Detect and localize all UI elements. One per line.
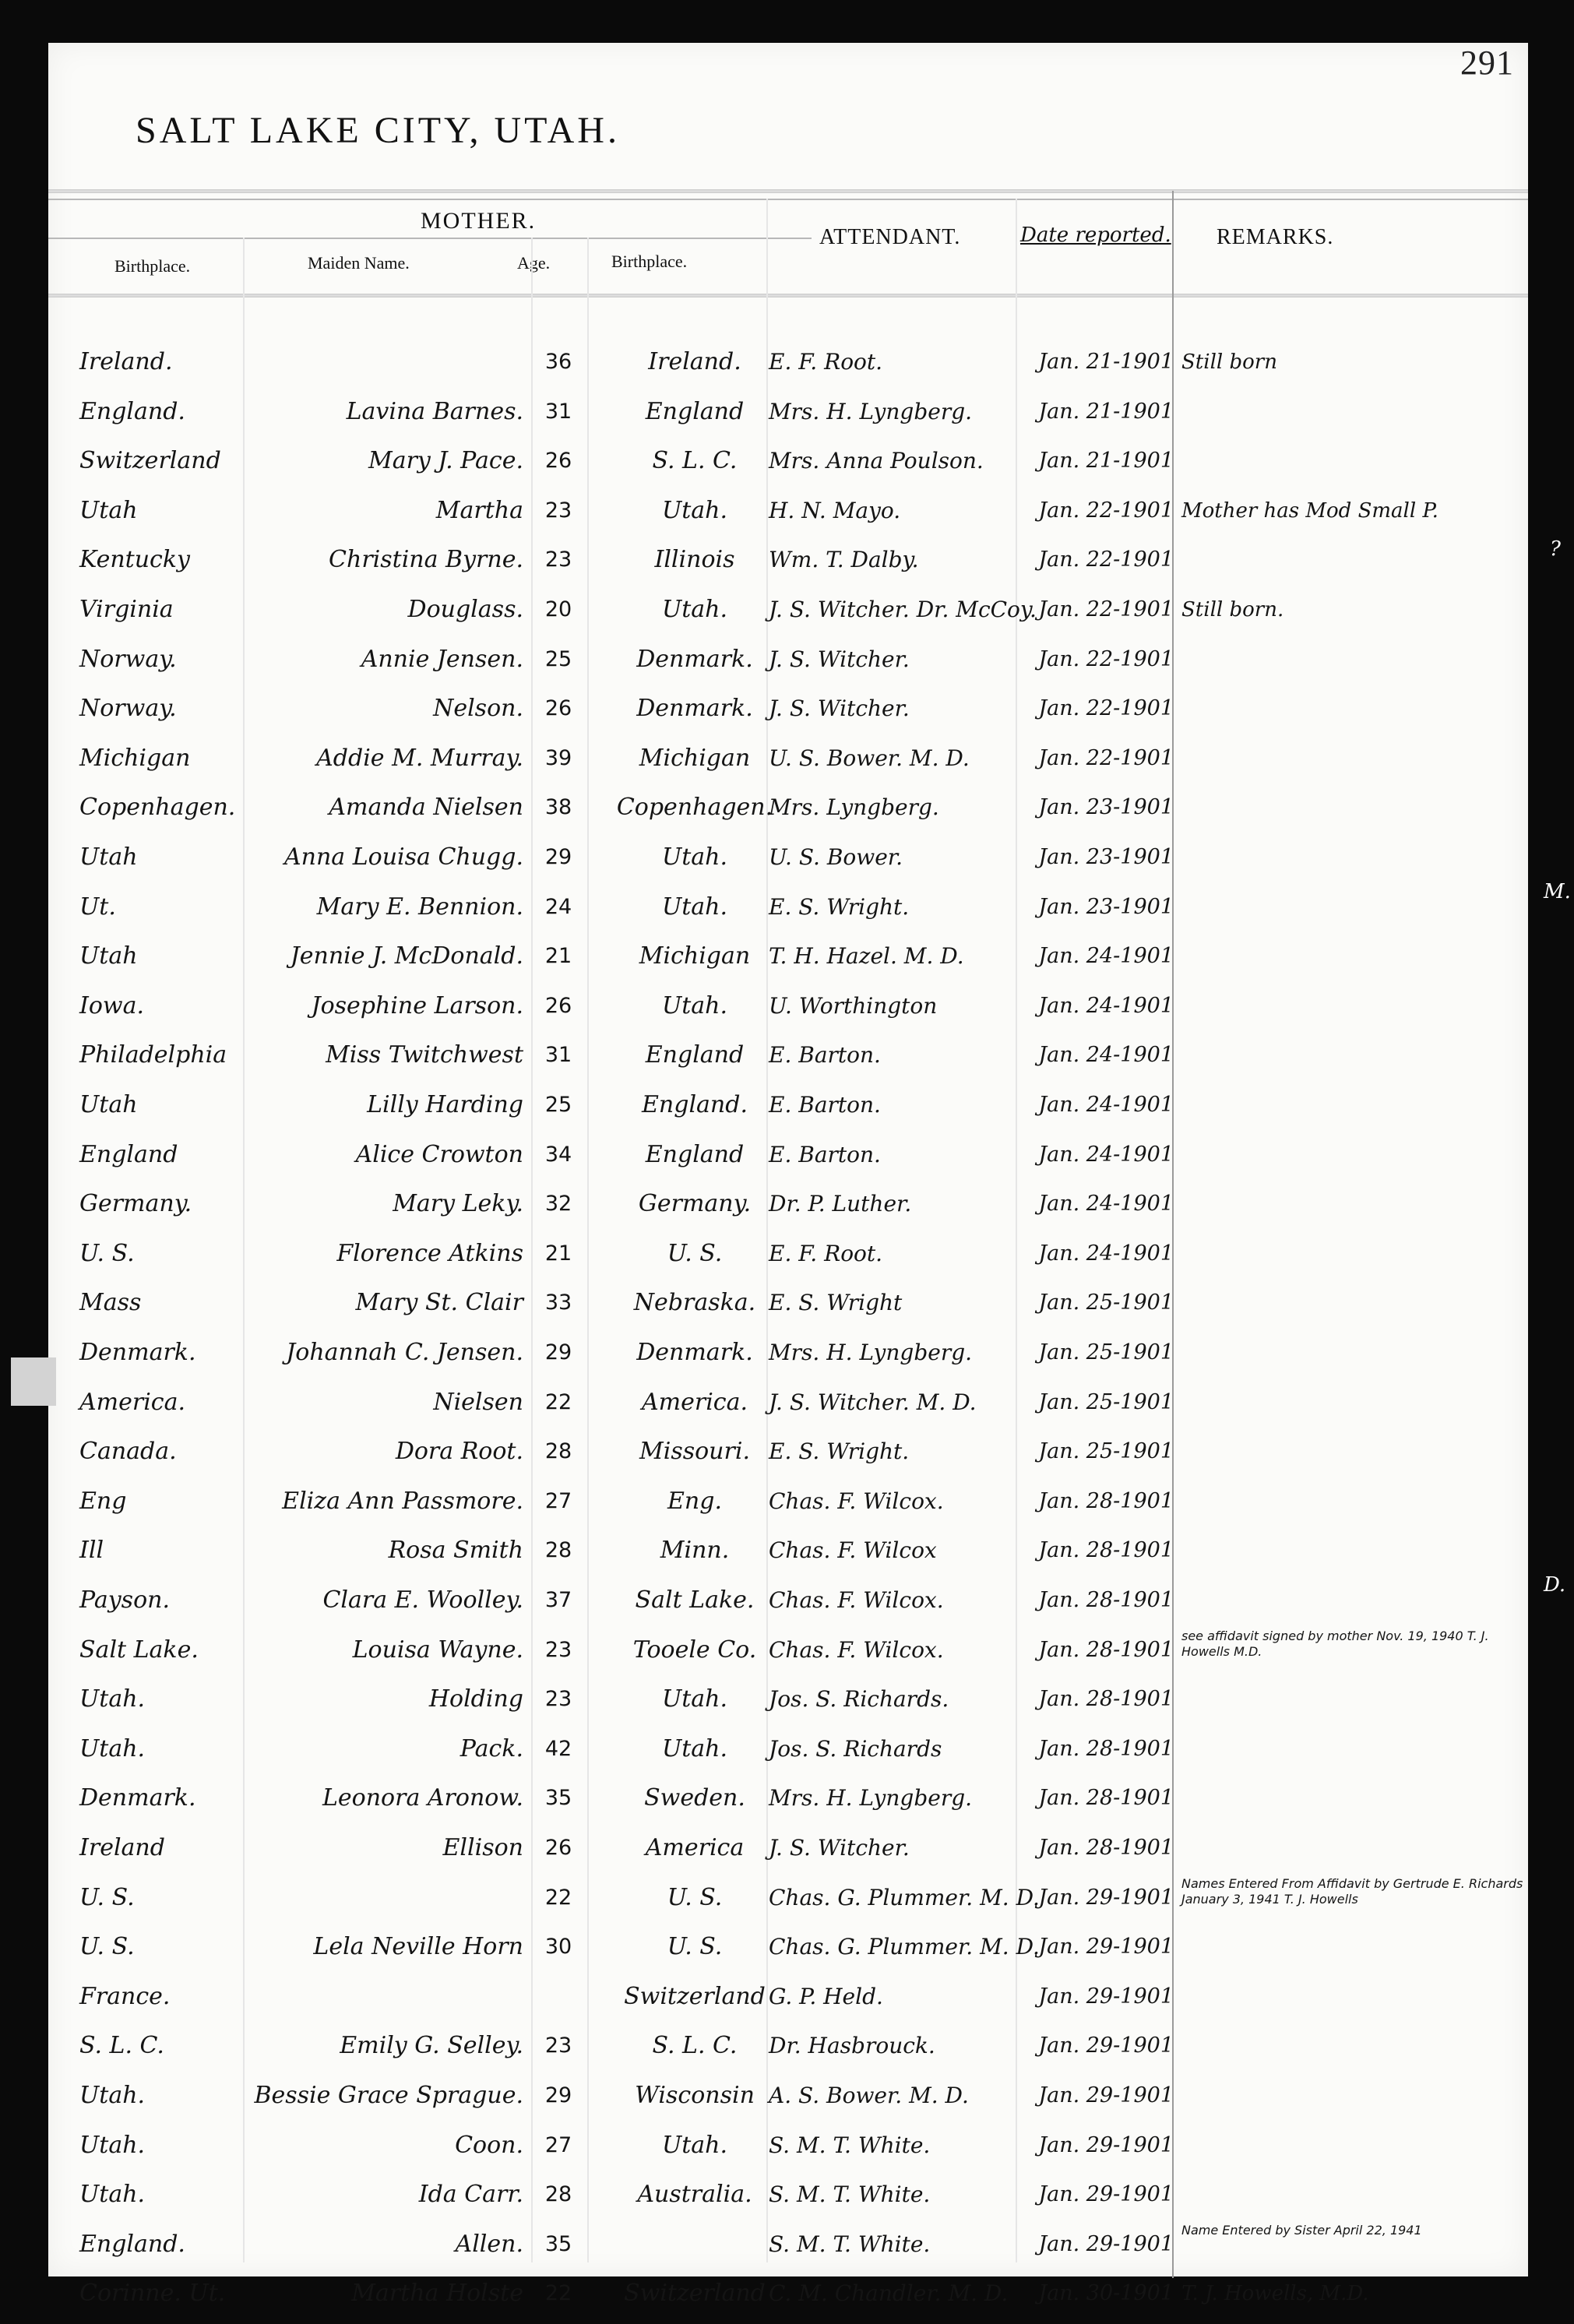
age-cell: 35 [531,1783,586,1814]
mother-group-underline [48,238,812,239]
age-cell: 25 [531,1090,586,1121]
edge-mark-m: M. [1544,880,1571,903]
mother-birthplace-cell: England [593,1139,796,1171]
age-cell: 20 [531,594,586,625]
table-row: Norway.Annie Jensen.25Denmark.J. S. Witc… [48,636,1528,685]
mother-birthplace-cell: Michigan [593,743,796,774]
birthplace-cell: U. S. [79,1931,235,1963]
mother-birthplace-cell: Denmark. [593,1337,796,1368]
maiden-name-cell: Martha [231,495,523,526]
age-cell: 24 [531,892,586,923]
maiden-name-cell: Mary St. Clair [231,1287,523,1319]
maiden-name-cell: Lela Neville Horn [231,1931,523,1963]
date-reported-cell: Jan. 28-1901 [1018,1783,1174,1814]
mother-birthplace-cell: U. S. [593,1882,796,1914]
maiden-name-cell: Coon. [231,2130,523,2161]
maiden-name-cell: Pack. [231,1734,523,1765]
mother-birthplace-cell: Ireland. [593,347,796,378]
table-row: Germany.Mary Leky.32Germany.Dr. P. Luthe… [48,1181,1528,1230]
table-row: Denmark.Johannah C. Jensen.29Denmark.Mrs… [48,1329,1528,1379]
birthplace-cell: England [79,1139,235,1171]
redaction-box [11,1357,56,1406]
remarks-cell: Still born [1181,347,1524,378]
date-reported-cell: Jan. 28-1901 [1018,1585,1174,1616]
table-row: U. S.Lela Neville Horn30U. S.Chas. G. Pl… [48,1924,1528,1973]
maiden-name-cell: Emily G. Selley. [231,2030,523,2062]
birthplace-cell: Copenhagen. [79,792,235,823]
table-row: SwitzerlandMary J. Pace.26S. L. C.Mrs. A… [48,438,1528,487]
maiden-name-cell: Mary E. Bennion. [231,892,523,923]
remarks-cell: see affidavit signed by mother Nov. 19, … [1181,1629,1524,1660]
maiden-name-cell: Martha Holste [231,2278,523,2309]
table-row: IllRosa Smith28Minn.Chas. F. WilcoxJan. … [48,1527,1528,1576]
birthplace-cell: Mass [79,1287,235,1319]
birthplace-cell: Virginia [79,594,235,625]
maiden-name-cell: Annie Jensen. [231,644,523,675]
date-reported-cell: Jan. 30-1901 [1018,2278,1174,2309]
mother-birthplace-cell: U. S. [593,1931,796,1963]
mother-birthplace-cell: Utah. [593,2130,796,2161]
mother-birthplace-cell: Australia. [593,2179,796,2210]
birthplace-cell: Canada. [79,1436,235,1467]
birthplace-cell: Utah. [79,2080,235,2111]
table-row: Utah.Holding23Utah.Jos. S. Richards.Jan.… [48,1676,1528,1725]
mother-birthplace-cell: Missouri. [593,1436,796,1467]
date-reported-cell: Jan. 24-1901 [1018,1040,1174,1071]
mother-birthplace-cell: Nebraska. [593,1287,796,1319]
mother-birthplace-cell: Utah. [593,991,796,1022]
header-remarks: REMARKS. [1217,225,1333,250]
edge-mark-d: D. [1544,1573,1565,1597]
mother-birthplace-cell: England [593,1040,796,1071]
header-birthplace: Birthplace. [114,256,190,276]
mother-birthplace-cell: Utah. [593,495,796,526]
mother-birthplace-cell: Germany. [593,1188,796,1220]
remarks-cell: Names Entered From Affidavit by Gertrude… [1181,1876,1524,1907]
mother-birthplace-cell: Denmark. [593,644,796,675]
maiden-name-cell: Louisa Wayne. [231,1635,523,1666]
maiden-name-cell: Anna Louisa Chugg. [231,842,523,873]
date-reported-cell: Jan. 29-1901 [1018,2130,1174,2161]
mother-birthplace-cell: Utah. [593,1684,796,1715]
age-cell: 28 [531,1436,586,1467]
table-row: Utah.Ida Carr.28Australia.S. M. T. White… [48,2171,1528,2220]
date-reported-cell: Jan. 29-1901 [1018,1882,1174,1914]
birthplace-cell: Utah [79,1090,235,1121]
date-reported-cell: Jan. 25-1901 [1018,1287,1174,1319]
date-reported-cell: Jan. 24-1901 [1018,1090,1174,1121]
header-top-rule [48,189,1528,193]
birthplace-cell: Ill [79,1535,235,1566]
header-attendant: ATTENDANT. [819,225,960,250]
date-reported-cell: Jan. 25-1901 [1018,1387,1174,1418]
birthplace-cell: Utah. [79,1684,235,1715]
date-reported-cell: Jan. 29-1901 [1018,1931,1174,1963]
remarks-cell: Name Entered by Sister April 22, 1941 [1181,2223,1524,2238]
maiden-name-cell: Rosa Smith [231,1535,523,1566]
birthplace-cell: England. [79,396,235,428]
birthplace-cell: Philadelphia [79,1040,235,1071]
birthplace-cell: Utah [79,495,235,526]
age-cell: 29 [531,2080,586,2111]
date-reported-cell: Jan. 28-1901 [1018,1535,1174,1566]
maiden-name-cell: Alice Crowton [231,1139,523,1171]
birthplace-cell: Utah [79,842,235,873]
birthplace-cell: Salt Lake. [79,1635,235,1666]
table-row: Iowa.Josephine Larson.26Utah.U. Worthing… [48,983,1528,1032]
date-reported-cell: Jan. 29-1901 [1018,2229,1174,2260]
age-cell: 23 [531,544,586,576]
maiden-name-cell: Allen. [231,2229,523,2260]
table-row: U. S.Florence Atkins21U. S.E. F. Root.Ja… [48,1231,1528,1280]
maiden-name-cell: Clara E. Woolley. [231,1585,523,1616]
maiden-name-cell: Bessie Grace Sprague. [231,2080,523,2111]
maiden-name-cell: Josephine Larson. [231,991,523,1022]
birthplace-cell: Corinne. Ut. [79,2278,235,2309]
age-cell: 22 [531,1387,586,1418]
table-row: UtahMartha23Utah.H. N. Mayo.Jan. 22-1901… [48,488,1528,537]
date-reported-cell: Jan. 24-1901 [1018,1188,1174,1220]
age-cell: 29 [531,842,586,873]
date-reported-cell: Jan. 23-1901 [1018,892,1174,923]
date-reported-cell: Jan. 25-1901 [1018,1337,1174,1368]
age-cell: 23 [531,2030,586,2062]
table-row: France.SwitzerlandG. P. Held.Jan. 29-190… [48,1974,1528,2023]
maiden-name-cell: Amanda Nielsen [231,792,523,823]
mother-birthplace-cell: Illinois [593,544,796,576]
mother-birthplace-cell: Utah. [593,594,796,625]
age-cell: 26 [531,1833,586,1864]
header-top-rule-2 [48,199,1528,200]
maiden-name-cell: Ida Carr. [231,2179,523,2210]
age-cell: 23 [531,1684,586,1715]
header-mother-birthplace: Birthplace. [611,252,687,272]
age-cell: 31 [531,396,586,428]
table-row: Ireland.36Ireland.E. F. Root.Jan. 21-190… [48,339,1528,388]
edge-mark-q: ? [1550,537,1561,561]
maiden-name-cell: Ellison [231,1833,523,1864]
maiden-name-cell: Dora Root. [231,1436,523,1467]
birthplace-cell: Ut. [79,892,235,923]
date-reported-cell: Jan. 22-1901 [1018,594,1174,625]
age-cell: 28 [531,1535,586,1566]
birthplace-cell: Utah. [79,2130,235,2161]
table-row: Canada.Dora Root.28Missouri.E. S. Wright… [48,1428,1528,1477]
table-row: Corinne. Ut.Martha Holste22SwitzerlandC.… [48,2270,1528,2319]
page-title: SALT LAKE CITY, UTAH. [136,109,620,152]
birthplace-cell: America. [79,1387,235,1418]
age-cell: 21 [531,941,586,972]
maiden-name-cell: Addie M. Murray. [231,743,523,774]
mother-birthplace-cell: Utah. [593,842,796,873]
age-cell: 23 [531,1635,586,1666]
remarks-cell: T. J. Howells, M.D. [1181,2278,1524,2309]
date-reported-cell: Jan. 29-1901 [1018,2080,1174,2111]
table-row: MassMary St. Clair33Nebraska.E. S. Wrigh… [48,1280,1528,1329]
age-cell: 30 [531,1931,586,1963]
mother-birthplace-cell: Tooele Co. [593,1635,796,1666]
table-row: PhiladelphiaMiss Twitchwest31EnglandE. B… [48,1032,1528,1081]
mother-birthplace-cell: Sweden. [593,1783,796,1814]
date-reported-cell: Jan. 23-1901 [1018,792,1174,823]
age-cell: 25 [531,644,586,675]
maiden-name-cell: Florence Atkins [231,1238,523,1269]
table-row: U. S.22U. S.Chas. G. Plummer. M. D.Jan. … [48,1875,1528,1924]
table-row: England.Allen.35S. M. T. White.Jan. 29-1… [48,2221,1528,2270]
mother-birthplace-cell: Salt Lake. [593,1585,796,1616]
table-row: America.Nielsen22America.J. S. Witcher. … [48,1379,1528,1428]
birthplace-cell: Denmark. [79,1783,235,1814]
date-reported-cell: Jan. 21-1901 [1018,445,1174,477]
date-reported-cell: Jan. 24-1901 [1018,991,1174,1022]
table-row: Norway.Nelson.26Denmark.J. S. Witcher.Ja… [48,685,1528,734]
birthplace-cell: Utah. [79,2179,235,2210]
mother-birthplace-cell: England. [593,1090,796,1121]
maiden-name-cell: Leonora Aronow. [231,1783,523,1814]
date-reported-cell: Jan. 28-1901 [1018,1635,1174,1666]
mother-birthplace-cell: England [593,396,796,428]
mother-birthplace-cell: Denmark. [593,693,796,724]
date-reported-cell: Jan. 28-1901 [1018,1734,1174,1765]
date-reported-cell: Jan. 22-1901 [1018,644,1174,675]
birthplace-cell: Norway. [79,644,235,675]
mother-birthplace-cell: S. L. C. [593,445,796,477]
age-cell: 26 [531,693,586,724]
maiden-name-cell: Nielsen [231,1387,523,1418]
maiden-name-cell: Holding [231,1684,523,1715]
birthplace-cell: Switzerland [79,445,235,477]
birthplace-cell: Michigan [79,743,235,774]
table-row: UtahLilly Harding25England.E. Barton.Jan… [48,1082,1528,1131]
mother-birthplace-cell: Minn. [593,1535,796,1566]
age-cell: 35 [531,2229,586,2260]
age-cell: 34 [531,1139,586,1171]
age-cell: 39 [531,743,586,774]
date-reported-cell: Jan. 22-1901 [1018,544,1174,576]
age-cell: 22 [531,2278,586,2309]
age-cell: 29 [531,1337,586,1368]
table-row: IrelandEllison26AmericaJ. S. Witcher.Jan… [48,1825,1528,1874]
mother-birthplace-cell: America [593,1833,796,1864]
maiden-name-cell: Mary J. Pace. [231,445,523,477]
table-row: VirginiaDouglass.20Utah.J. S. Witcher. D… [48,586,1528,636]
date-reported-cell: Jan. 24-1901 [1018,1238,1174,1269]
date-reported-cell: Jan. 24-1901 [1018,1139,1174,1171]
age-cell: 27 [531,1486,586,1517]
birthplace-cell: Payson. [79,1585,235,1616]
maiden-name-cell: Jennie J. McDonald. [231,941,523,972]
mother-birthplace-cell: Utah. [593,1734,796,1765]
maiden-name-cell: Johannah C. Jensen. [231,1337,523,1368]
maiden-name-cell: Douglass. [231,594,523,625]
date-reported-cell: Jan. 21-1901 [1018,347,1174,378]
birthplace-cell: France. [79,1981,235,2012]
birthplace-cell: Iowa. [79,991,235,1022]
table-row: UtahJennie J. McDonald.21MichiganT. H. H… [48,933,1528,982]
table-row: KentuckyChristina Byrne.23IllinoisWm. T.… [48,537,1528,586]
date-reported-cell: Jan. 28-1901 [1018,1684,1174,1715]
mother-birthplace-cell: S. L. C. [593,2030,796,2062]
remarks-cell: Still born. [1181,594,1524,625]
age-cell: 26 [531,445,586,477]
table-row: Ut.Mary E. Bennion.24Utah.E. S. Wright.J… [48,884,1528,933]
mother-birthplace-cell: Michigan [593,941,796,972]
date-reported-cell: Jan. 22-1901 [1018,743,1174,774]
date-reported-cell: Jan. 29-1901 [1018,2030,1174,2062]
age-cell: 37 [531,1585,586,1616]
date-reported-cell: Jan. 28-1901 [1018,1833,1174,1864]
remarks-cell: Mother has Mod Small P. [1181,495,1524,526]
table-row: EngEliza Ann Passmore.27Eng.Chas. F. Wil… [48,1478,1528,1527]
register-page: 291 SALT LAKE CITY, UTAH. MOTHER. Birthp… [48,43,1528,2276]
birthplace-cell: Kentucky [79,544,235,576]
date-reported-cell: Jan. 22-1901 [1018,495,1174,526]
age-cell: 36 [531,347,586,378]
table-row: England.Lavina Barnes.31EnglandMrs. H. L… [48,389,1528,438]
mother-birthplace-cell: Copenhagen. [593,792,796,823]
birthplace-cell: U. S. [79,1238,235,1269]
birthplace-cell: Denmark. [79,1337,235,1368]
maiden-name-cell: Mary Leky. [231,1188,523,1220]
table-row: Payson.Clara E. Woolley.37Salt Lake.Chas… [48,1577,1528,1626]
birthplace-cell: Eng [79,1486,235,1517]
date-reported-cell: Jan. 25-1901 [1018,1436,1174,1467]
birthplace-cell: Utah [79,941,235,972]
date-reported-cell: Jan. 29-1901 [1018,1981,1174,2012]
date-reported-cell: Jan. 29-1901 [1018,2179,1174,2210]
table-row: EnglandAlice Crowton34EnglandE. Barton.J… [48,1132,1528,1181]
maiden-name-cell: Nelson. [231,693,523,724]
date-reported-cell: Jan. 28-1901 [1018,1486,1174,1517]
birthplace-cell: Ireland [79,1833,235,1864]
table-row: S. L. C.Emily G. Selley.23S. L. C.Dr. Ha… [48,2023,1528,2072]
birthplace-cell: England. [79,2229,235,2260]
maiden-name-cell: Lavina Barnes. [231,396,523,428]
date-reported-cell: Jan. 23-1901 [1018,842,1174,873]
mother-birthplace-cell: Utah. [593,892,796,923]
table-row: Salt Lake.Louisa Wayne.23Tooele Co.Chas.… [48,1627,1528,1676]
age-cell: 26 [531,991,586,1022]
age-cell: 21 [531,1238,586,1269]
mother-birthplace-cell: America. [593,1387,796,1418]
table-row: Copenhagen.Amanda Nielsen38Copenhagen.Mr… [48,784,1528,833]
table-row: Utah.Pack.42Utah.Jos. S. RichardsJan. 28… [48,1726,1528,1775]
birthplace-cell: S. L. C. [79,2030,235,2062]
age-cell: 33 [531,1287,586,1319]
date-reported-cell: Jan. 21-1901 [1018,396,1174,428]
mother-birthplace-cell: Switzerland [593,2278,796,2309]
header-bottom-rule [48,294,1528,298]
mother-birthplace-cell: U. S. [593,1238,796,1269]
header-maiden-name: Maiden Name. [308,253,410,273]
age-cell: 42 [531,1734,586,1765]
birthplace-cell: U. S. [79,1882,235,1914]
date-reported-cell: Jan. 22-1901 [1018,693,1174,724]
age-cell: 22 [531,1882,586,1914]
header-group-mother: MOTHER. [421,208,536,234]
maiden-name-cell: Lilly Harding [231,1090,523,1121]
table-row: MichiganAddie M. Murray.39MichiganU. S. … [48,735,1528,784]
table-row: Utah.Bessie Grace Sprague.29WisconsinA. … [48,2072,1528,2122]
age-cell: 27 [531,2130,586,2161]
header-age: Age. [517,253,550,273]
maiden-name-cell: Miss Twitchwest [231,1040,523,1071]
age-cell: 28 [531,2179,586,2210]
header-date-reported: Date reported. [1020,224,1171,247]
birthplace-cell: Utah. [79,1734,235,1765]
mother-birthplace-cell: Eng. [593,1486,796,1517]
age-cell: 38 [531,792,586,823]
age-cell: 31 [531,1040,586,1071]
table-row: Utah.Coon.27Utah.S. M. T. White.Jan. 29-… [48,2122,1528,2171]
birthplace-cell: Germany. [79,1188,235,1220]
birthplace-cell: Norway. [79,693,235,724]
maiden-name-cell: Eliza Ann Passmore. [231,1486,523,1517]
page-number: 291 [1460,43,1514,83]
maiden-name-cell: Christina Byrne. [231,544,523,576]
birthplace-cell: Ireland. [79,347,235,378]
age-cell: 23 [531,495,586,526]
table-row: Denmark.Leonora Aronow.35Sweden.Mrs. H. … [48,1775,1528,1824]
date-reported-cell: Jan. 24-1901 [1018,941,1174,972]
age-cell: 32 [531,1188,586,1220]
mother-birthplace-cell: Wisconsin [593,2080,796,2111]
table-row: UtahAnna Louisa Chugg.29Utah.U. S. Bower… [48,834,1528,883]
mother-birthplace-cell: Switzerland [593,1981,796,2012]
